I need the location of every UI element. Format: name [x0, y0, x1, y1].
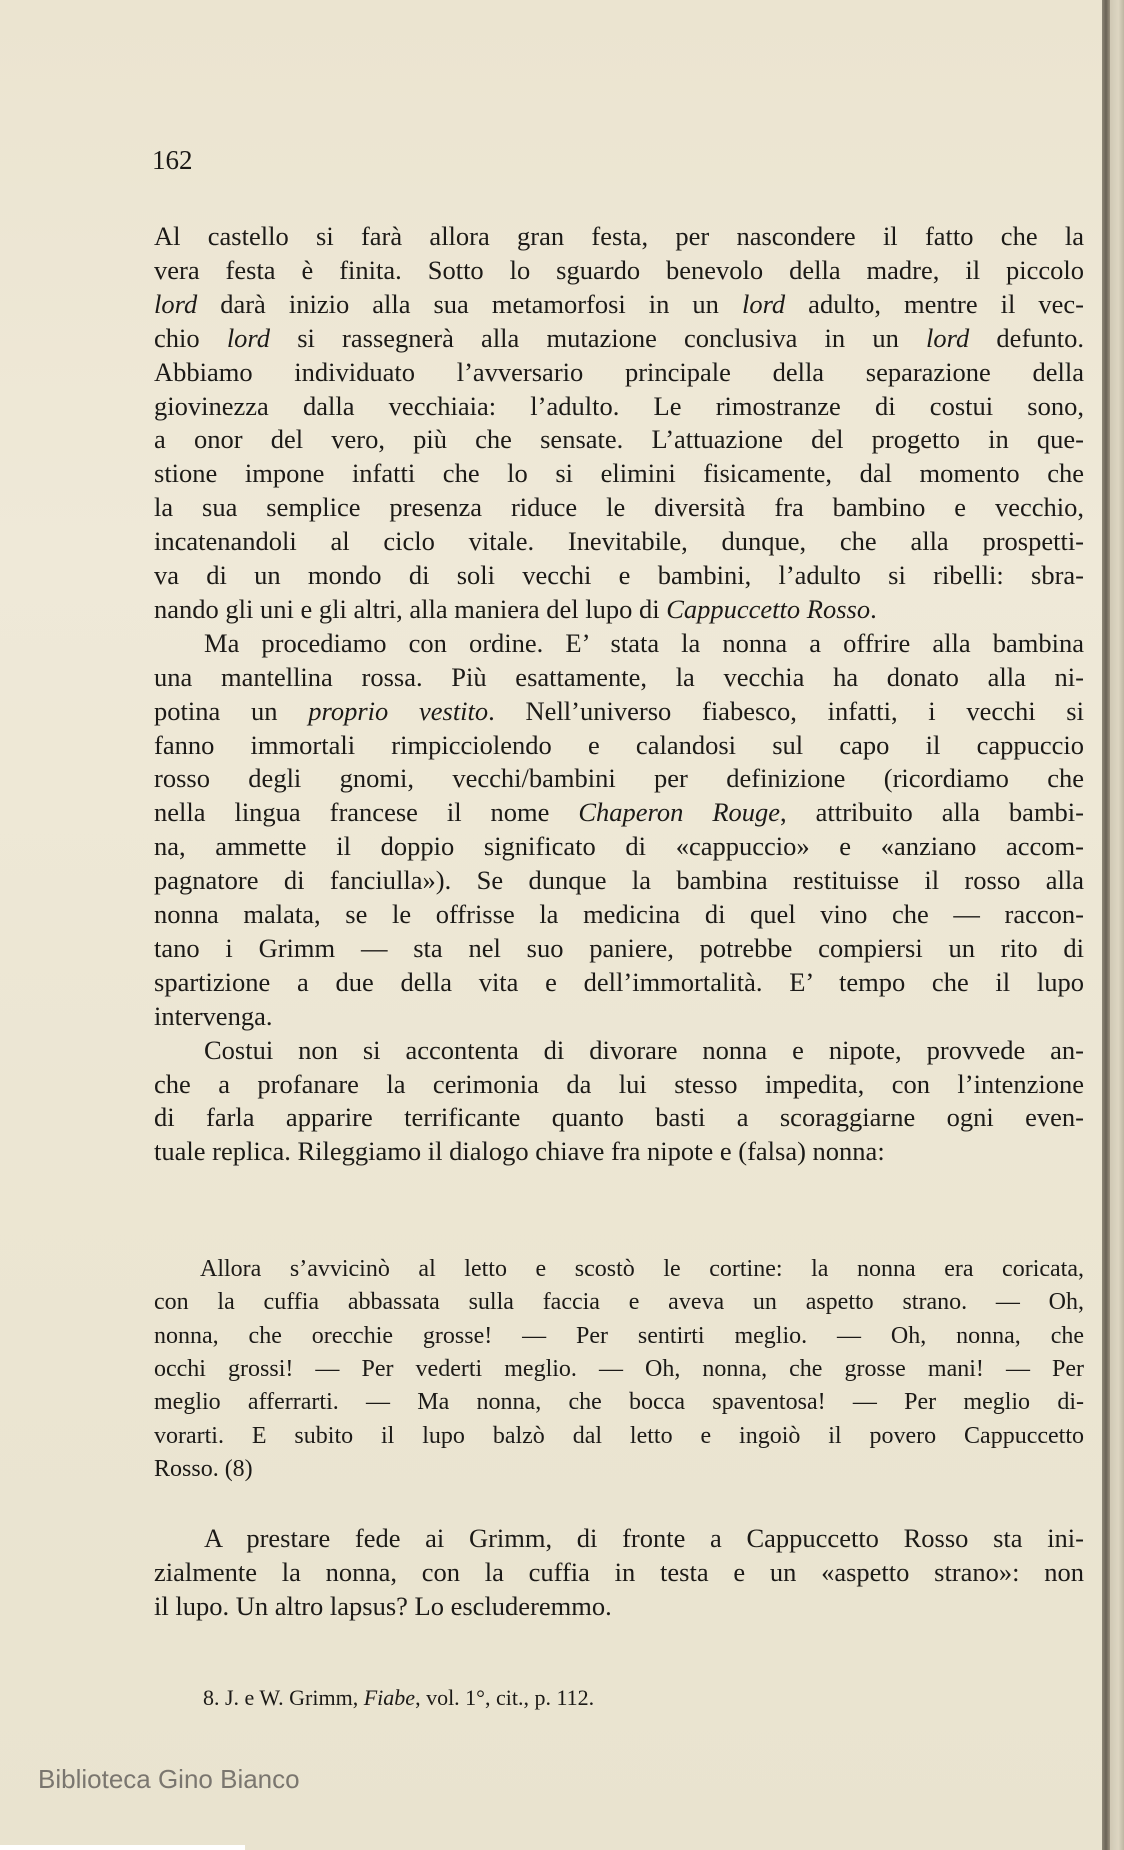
quote-line: meglio afferrarti. — Ma nonna, che bocca… — [154, 1386, 1084, 1419]
library-watermark: Biblioteca Gino Bianco — [38, 1764, 300, 1795]
text-segment: , attribuito alla bambi- — [780, 797, 1084, 827]
text-line: a onor del vero, più che sensate. L’attu… — [154, 422, 1084, 456]
text-line: tano i Grimm — sta nel suo paniere, potr… — [154, 931, 1084, 965]
text-line: vera festa è finita. Sotto lo sguardo be… — [154, 253, 1084, 287]
footnote-suffix: , vol. 1°, cit., p. 112. — [415, 1685, 594, 1710]
text-segment: potina un — [154, 696, 308, 726]
text-line: Abbiamo individuato l’avversario princip… — [154, 355, 1084, 389]
text-segment: nella lingua francese il nome — [154, 797, 578, 827]
text-line: A prestare fede ai Grimm, di fronte a Ca… — [204, 1521, 1084, 1555]
text-segment: defunto. — [969, 323, 1084, 353]
italic-text: proprio vestito — [308, 696, 488, 726]
footnote-title: Fiabe — [364, 1685, 415, 1710]
text-line: pagnatore di fanciulla»). Se dunque la b… — [154, 863, 1084, 897]
text-line: di farla apparire terrificante quanto ba… — [154, 1100, 1084, 1134]
text-segment: nando gli uni e gli altri, alla maniera … — [154, 594, 666, 624]
italic-text: lord — [742, 289, 785, 319]
text-line: lord darà inizio alla sua metamorfosi in… — [154, 287, 1084, 321]
text-line: rosso degli gnomi, vecchi/bambini per de… — [154, 761, 1084, 795]
book-page: 162 Al castello si farà allora gran fest… — [0, 0, 1104, 1850]
quote-line: occhi grossi! — Per vederti meglio. — Oh… — [154, 1353, 1084, 1386]
text-line: fanno immortali rimpicciolendo e calando… — [154, 728, 1084, 762]
text-line: va di un mondo di soli vecchi e bambini,… — [154, 558, 1084, 592]
text-line: stione impone infatti che lo si elimini … — [154, 456, 1084, 490]
footnote: 8. J. e W. Grimm, Fiabe, vol. 1°, cit., … — [203, 1684, 594, 1712]
text-line: potina un proprio vestito. Nell’universo… — [154, 694, 1084, 728]
italic-text: Chaperon Rouge — [578, 797, 780, 827]
quote-line: nonna, che orecchie grosse! — Per sentir… — [154, 1320, 1084, 1353]
text-segment: si rassegnerà alla mutazione conclusiva … — [270, 323, 926, 353]
text-line: giovinezza dalla vecchiaia: l’adulto. Le… — [154, 389, 1084, 423]
text-line: nando gli uni e gli altri, alla maniera … — [154, 592, 1084, 626]
quote-line: Rosso. (8) — [154, 1453, 1084, 1486]
text-line: la sua semplice presenza riduce le diver… — [154, 490, 1084, 524]
text-line: nonna malata, se le offrisse la medicina… — [154, 897, 1084, 931]
text-segment: adulto, mentre il vec- — [785, 289, 1084, 319]
footnote-prefix: 8. J. e W. Grimm, — [203, 1685, 364, 1710]
italic-text: lord — [154, 289, 197, 319]
text-line: che a profanare la cerimonia da lui stes… — [154, 1067, 1084, 1101]
italic-text: lord — [227, 323, 270, 353]
text-segment: chio — [154, 323, 227, 353]
text-line: Al castello si farà allora gran festa, p… — [154, 219, 1084, 253]
text-line: zialmente la nonna, con la cuffia in tes… — [154, 1555, 1084, 1589]
page-number: 162 — [152, 143, 193, 177]
text-line: il lupo. Un altro lapsus? Lo escluderemm… — [154, 1589, 1084, 1623]
adjacent-page-edge — [1110, 0, 1124, 1850]
text-segment: darà inizio alla sua metamorfosi in un — [197, 289, 742, 319]
text-line: una mantellina rossa. Più esattamente, l… — [154, 660, 1084, 694]
text-line: nella lingua francese il nome Chaperon R… — [154, 795, 1084, 829]
text-line: Ma procediamo con ordine. E’ stata la no… — [204, 626, 1084, 660]
text-line: intervenga. — [154, 999, 1084, 1033]
book-binding-shadow — [1102, 0, 1110, 1850]
text-line: tuale replica. Rileggiamo il dialogo chi… — [154, 1134, 1084, 1168]
text-line: na, ammette il doppio significato di «ca… — [154, 829, 1084, 863]
italic-text: Cappuccetto Rosso — [666, 594, 870, 624]
scan-edge-strip — [0, 1845, 245, 1850]
quote-line: vorarti. E subito il lupo balzò dal lett… — [154, 1420, 1084, 1453]
text-segment: . — [870, 594, 877, 624]
quote-line: Allora s’avvicinò al letto e scostò le c… — [200, 1253, 1084, 1286]
text-segment: . Nell’universo fiabesco, infatti, i vec… — [488, 696, 1084, 726]
text-line: Costui non si accontenta di divorare non… — [204, 1033, 1084, 1067]
italic-text: lord — [926, 323, 969, 353]
text-line: chio lord si rassegnerà alla mutazione c… — [154, 321, 1084, 355]
quote-line: con la cuffia abbassata sulla faccia e a… — [154, 1286, 1084, 1319]
text-line: spartizione a due della vita e dell’immo… — [154, 965, 1084, 999]
text-line: incatenandoli al ciclo vitale. Inevitabi… — [154, 524, 1084, 558]
